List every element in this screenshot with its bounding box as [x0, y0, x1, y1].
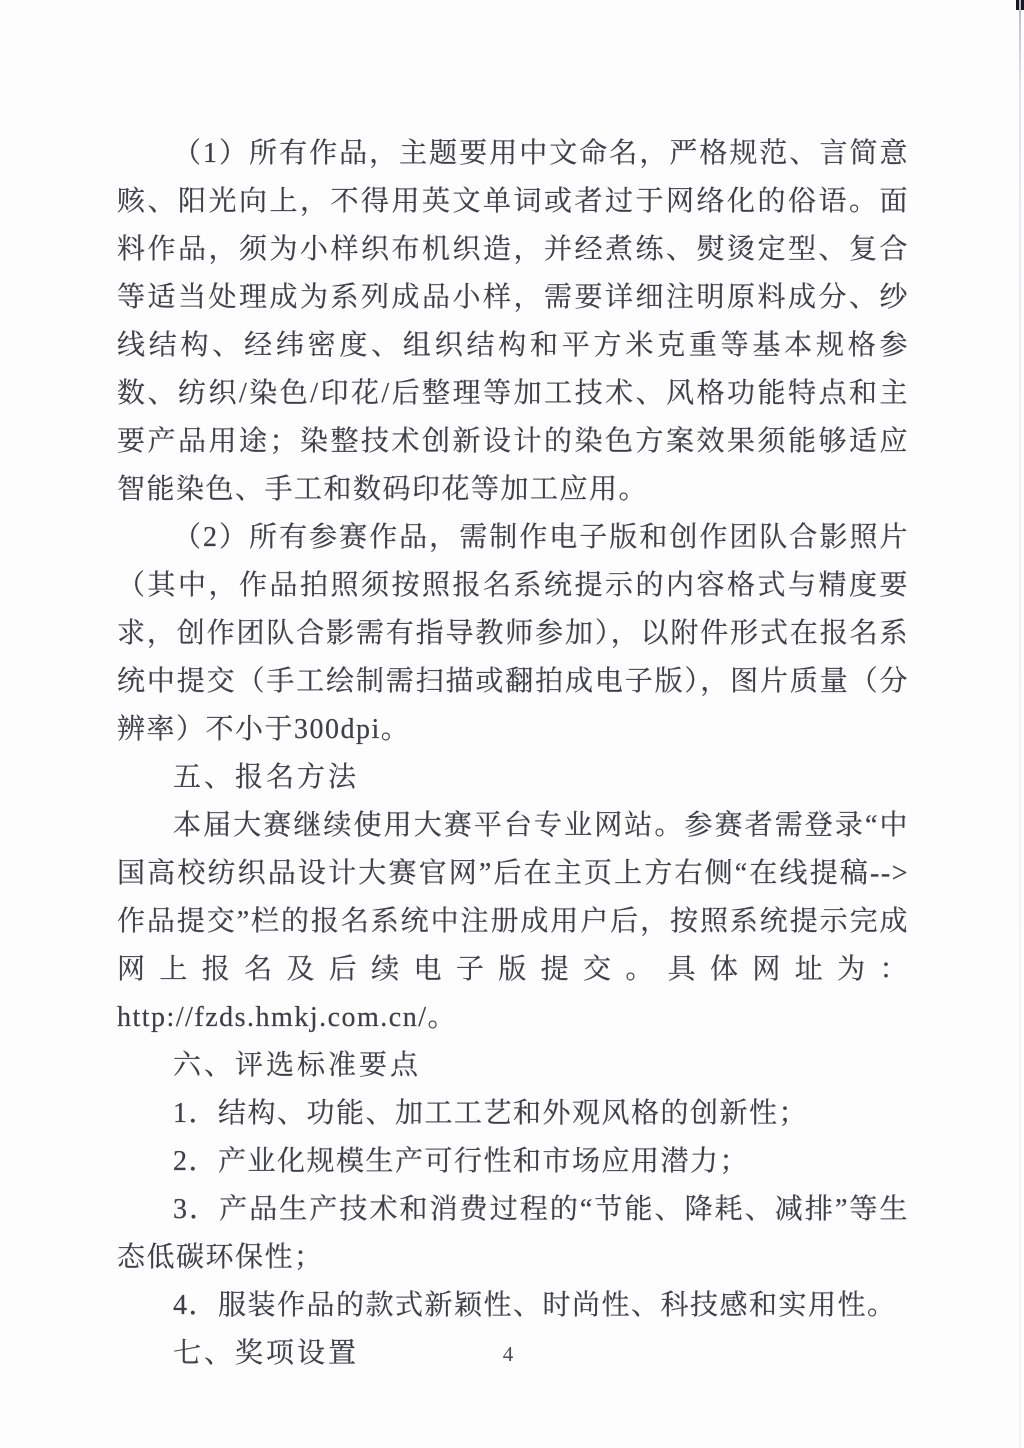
paragraph-heading-2: 五、报名方法 — [117, 754, 909, 802]
document-body: （1）所有作品，主题要用中文命名，严格规范、言简意赅、阳光向上，不得用英文单词或… — [117, 130, 909, 1378]
paragraph-list-item-6: 2．产业化规模生产可行性和市场应用潜力； — [117, 1138, 909, 1186]
paragraph-heading-4: 六、评选标准要点 — [117, 1042, 909, 1090]
paragraph-body-0: （1）所有作品，主题要用中文命名，严格规范、言简意赅、阳光向上，不得用英文单词或… — [117, 130, 909, 514]
paragraph-list-item-7: 3．产品生产技术和消费过程的“节能、降耗、减排”等生态低碳环保性； — [117, 1186, 909, 1282]
document-page: （1）所有作品，主题要用中文命名，严格规范、言简意赅、阳光向上，不得用英文单词或… — [0, 0, 1024, 1448]
paragraph-list-item-5: 1．结构、功能、加工工艺和外观风格的创新性； — [117, 1090, 909, 1138]
paragraph-list-item-8: 4．服装作品的款式新颖性、时尚性、科技感和实用性。 — [117, 1282, 909, 1330]
paragraph-body-1: （2）所有参赛作品，需制作电子版和创作团队合影照片（其中，作品拍照须按照报名系统… — [117, 514, 909, 754]
paragraph-body-3: 本届大赛继续使用大赛平台专业网站。参赛者需登录“中国高校纺织品设计大赛官网”后在… — [117, 802, 909, 1042]
page-number: 4 — [0, 1340, 1016, 1368]
scan-edge-line — [1019, 0, 1021, 1448]
